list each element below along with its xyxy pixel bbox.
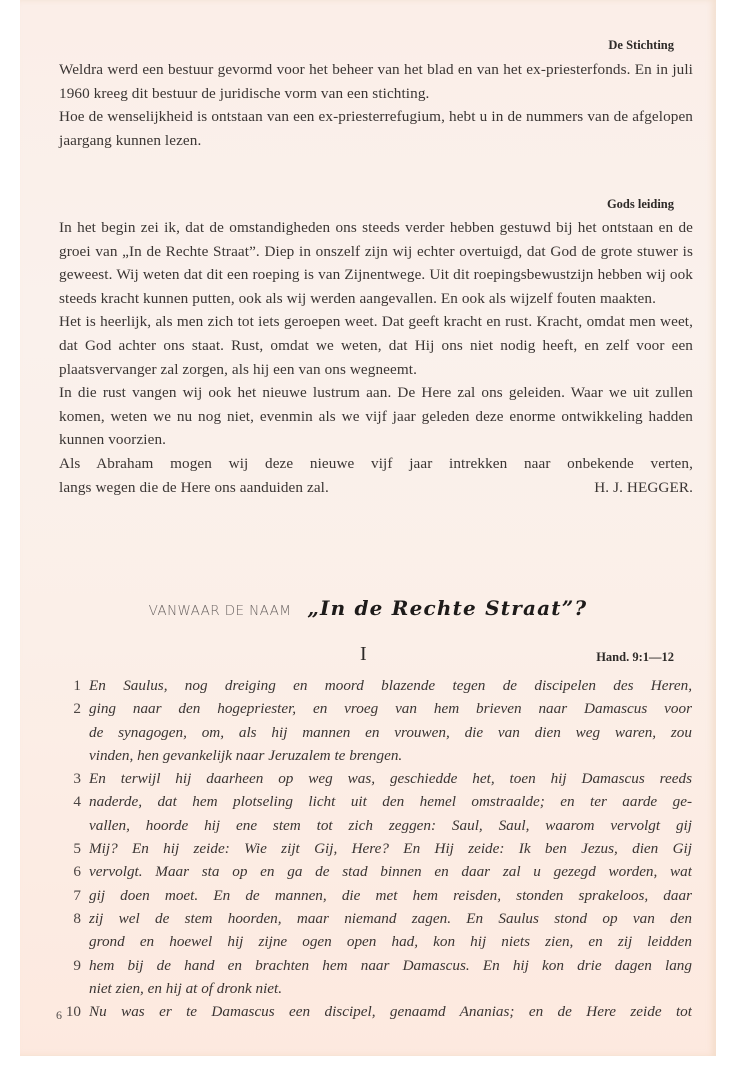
section-gods-leiding: In het begin zei ik, dat de omstandighed… (59, 216, 693, 499)
author-signature: H. J. HEGGER. (594, 476, 693, 500)
verse-line: 5Mij? En hij zeide: Wie zijt Gij, Here? … (56, 837, 692, 860)
verse-text: hem bij de hand en brachten hem naar Dam… (89, 954, 692, 977)
verse-line: 9hem bij de hand en brachten hem naar Da… (56, 954, 692, 977)
verse-line: 7gij doen moet. En de mannen, die met he… (56, 884, 692, 907)
scripture-reference: Hand. 9:1—12 (596, 650, 674, 665)
verse-number: 7 (56, 884, 89, 907)
verse-text: En Saulus, nog dreiging en moord blazend… (89, 674, 692, 697)
paragraph: Hoe de wenselijkheid is ontstaan van een… (59, 105, 693, 152)
verse-text: grond en hoewel hij zijne ogen open had,… (89, 930, 692, 953)
verse-line: vallen, hoorde hij ene stem tot zich zeg… (56, 814, 692, 837)
verse-text: vervolgt. Maar sta op en ga de stad binn… (89, 860, 692, 883)
closing-line: langs wegen die de Here ons aanduiden za… (59, 476, 693, 500)
verse-line: 1En Saulus, nog dreiging en moord blazen… (56, 674, 692, 697)
verse-number: 4 (56, 790, 89, 813)
verse-number: 8 (56, 907, 89, 930)
article-title-script: „In de Rechte Straat”? (307, 596, 587, 620)
verse-line: 4naderde, dat hem plotseling licht uit d… (56, 790, 692, 813)
page-number: 6 (56, 1008, 62, 1023)
verse-text: vallen, hoorde hij ene stem tot zich zeg… (89, 814, 692, 837)
verse-number (56, 977, 89, 1000)
paragraph: Als Abraham mogen wij deze nieuwe vijf j… (59, 452, 693, 476)
verse-line: grond en hoewel hij zijne ogen open had,… (56, 930, 692, 953)
section-de-stichting: Weldra werd een bestuur gevormd voor het… (59, 58, 693, 152)
verse-number (56, 744, 89, 767)
verse-number: 5 (56, 837, 89, 860)
verse-line: vinden, hen gevankelijk naar Jeruzalem t… (56, 744, 692, 767)
verse-line: 10Nu was er te Damascus een discipel, ge… (56, 1000, 692, 1023)
verse-number: 3 (56, 767, 89, 790)
verse-text: niet zien, en hij at of dronk niet. (89, 977, 692, 1000)
verse-text: ging naar den hogepriester, en vroeg van… (89, 697, 692, 720)
verse-line: 3En terwijl hij daarheen op weg was, ges… (56, 767, 692, 790)
part-numeral: I (360, 643, 367, 666)
article-title: VANWAAR DE NAAM „In de Rechte Straat”? (20, 596, 716, 620)
verse-text: vinden, hen gevankelijk naar Jeruzalem t… (89, 744, 692, 767)
verse-number (56, 814, 89, 837)
verse-number: 6 (56, 860, 89, 883)
closing-text: langs wegen die de Here ons aanduiden za… (59, 476, 329, 500)
verse-text: gij doen moet. En de mannen, die met hem… (89, 884, 692, 907)
verse-text: zij wel de stem hoorden, maar niemand za… (89, 907, 692, 930)
verse-number: 1 (56, 674, 89, 697)
verse-line: 8zij wel de stem hoorden, maar niemand z… (56, 907, 692, 930)
scripture-passage: 1En Saulus, nog dreiging en moord blazen… (56, 674, 692, 1023)
verse-line: niet zien, en hij at of dronk niet. (56, 977, 692, 1000)
verse-text: Nu was er te Damascus een discipel, gena… (89, 1000, 692, 1023)
paragraph: Weldra werd een bestuur gevormd voor het… (59, 58, 693, 105)
verse-text: de synagogen, om, als hij mannen en vrou… (89, 721, 692, 744)
section-heading-gods-leiding: Gods leiding (607, 197, 674, 212)
verse-line: 2ging naar den hogepriester, en vroeg va… (56, 697, 692, 720)
paragraph: In die rust vangen wij ook het nieuwe lu… (59, 381, 693, 452)
verse-text: naderde, dat hem plotseling licht uit de… (89, 790, 692, 813)
verse-number (56, 930, 89, 953)
book-page: De Stichting Weldra werd een bestuur gev… (20, 0, 716, 1056)
verse-number: 2 (56, 697, 89, 720)
section-heading-de-stichting: De Stichting (608, 38, 674, 53)
article-title-caps: VANWAAR DE NAAM (149, 603, 292, 619)
verse-number: 9 (56, 954, 89, 977)
paragraph: Het is heerlijk, als men zich tot iets g… (59, 310, 693, 381)
verse-line: de synagogen, om, als hij mannen en vrou… (56, 721, 692, 744)
verse-text: Mij? En hij zeide: Wie zijt Gij, Here? E… (89, 837, 692, 860)
verse-number (56, 721, 89, 744)
verse-line: 6vervolgt. Maar sta op en ga de stad bin… (56, 860, 692, 883)
paragraph: In het begin zei ik, dat de omstandighed… (59, 216, 693, 310)
verse-text: En terwijl hij daarheen op weg was, gesc… (89, 767, 692, 790)
